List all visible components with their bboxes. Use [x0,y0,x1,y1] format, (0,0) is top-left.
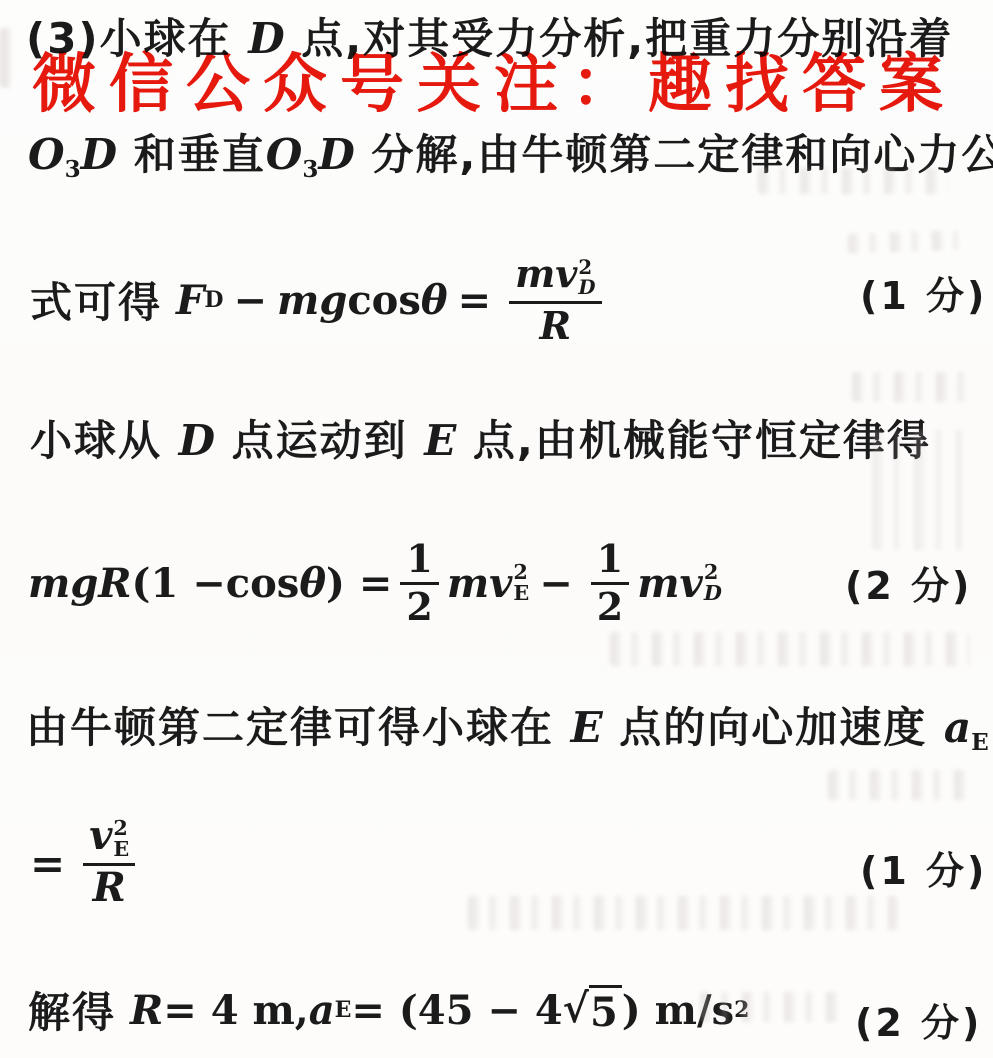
minus-op: − [234,277,268,324]
sub-D: D [578,278,595,298]
score-2: (2 分) [845,555,972,610]
score-3: (1 分) [860,840,987,895]
sub-D: D [204,287,223,313]
eq4-value-open: = (45 − 4 [351,987,562,1034]
solution-line-energy: 小球从 D 点运动到 E 点,由机械能守恒定律得 [30,408,931,468]
bleedthrough-artifact [828,770,968,800]
cos-fn: cos [226,560,300,607]
fraction-one-half: 1 2 [400,539,438,627]
var-v: v [89,813,112,859]
var-D-1: D [81,130,117,179]
score-1: (1 分) [860,265,987,320]
supsub-vE2: 2E [113,818,129,860]
supsub-vE2: 2E [513,562,529,604]
sub-D: D [704,583,722,604]
den-2: 2 [400,587,438,627]
var-D-2: D [318,130,354,179]
cos-fn: cos [347,277,421,324]
score-4: (2 分) [855,992,982,1047]
var-O3-1: O [28,130,65,179]
fraction-mvD2-R: mv2D R [509,254,601,345]
solution-line-acceleration: 由牛顿第二定律可得小球在 E 点的向心加速度 aE [26,695,989,756]
supsub-vD2: 2D [704,562,722,604]
equation-aE-definition: = v2E R [30,808,143,918]
radical-sign: √ [563,985,589,1032]
eq4-value-R: = 4 m, [163,987,308,1034]
bleedthrough-artifact [848,230,959,254]
watermark-text: 微信公众号关注：趣找答案 [32,33,956,125]
num-1: 1 [400,539,438,579]
line2-mid: 和垂直 [117,130,266,179]
paren-open: (1 − [132,560,226,607]
eq1-lead: 式可得 [30,270,162,330]
var-D: D [179,416,215,465]
line4-p3: 点,由机械能守恒定律得 [456,416,931,465]
var-E: E [424,416,456,465]
bleedthrough-artifact [872,430,962,550]
equals-op: = [458,277,492,324]
bleedthrough-artifact [610,632,970,666]
eq4-lead: 解得 [28,980,116,1040]
sub-E: E [113,839,129,860]
line4-p1: 小球从 [30,416,179,465]
var-R: R [534,306,578,346]
equation-newton-centripetal-D: 式可得 FD − mgcos θ = mv2D R [30,240,610,360]
sup-2: 2 [113,818,127,839]
var-mv: mv [447,560,513,607]
equation-energy-conservation: mgR(1 − cos θ) = 1 2 mv2E − 1 2 mv2D [28,528,722,638]
sub-E: E [971,729,989,756]
bleedthrough-artifact [0,28,16,88]
var-F: F [176,277,204,324]
var-O3-2: O [266,130,303,179]
scanned-answer-page: (3)小球在 D 点,对其受力分析,把重力分别沿着 微信公众号关注：趣找答案 O… [0,0,993,1058]
minus-op: − [539,560,573,607]
supsub-vD2: 2D [578,258,595,298]
bleedthrough-artifact [852,372,972,402]
den-2: 2 [591,587,629,627]
var-mgR: mgR [28,560,132,607]
paren-close-equals: ) = [326,560,392,607]
var-mv: mv [637,560,703,607]
sqrt-5: √5 [563,985,622,1036]
var-mg: mg [277,277,347,324]
sub-3: 3 [65,156,81,183]
bleedthrough-artifact [468,896,898,930]
fraction-one-half: 1 2 [591,539,629,627]
var-a: a [309,987,335,1034]
line4-p2: 点运动到 [215,416,424,465]
radicand-5: 5 [589,985,622,1036]
equals-op: = [30,839,65,888]
var-theta: θ [299,560,326,607]
var-R: R [130,987,163,1034]
equation-final-result: 解得 R = 4 m,aE = (45 − 4√5) m/s2 [28,975,749,1045]
var-mv: mv [515,251,577,296]
line6-p1: 由牛顿第二定律可得小球在 [26,703,571,752]
num-1: 1 [591,539,629,579]
fraction-vE2-R: v2E R [83,816,135,910]
sub-3: 3 [302,156,318,183]
var-a: a [944,703,971,752]
bleedthrough-artifact [700,992,845,1022]
var-R: R [87,868,132,910]
sub-E: E [513,583,529,604]
var-theta: θ [421,277,448,324]
var-E: E [571,703,603,752]
line6-p2: 点的向心加速度 [603,703,944,752]
bleedthrough-artifact [758,168,948,194]
sub-E: E [335,997,352,1023]
